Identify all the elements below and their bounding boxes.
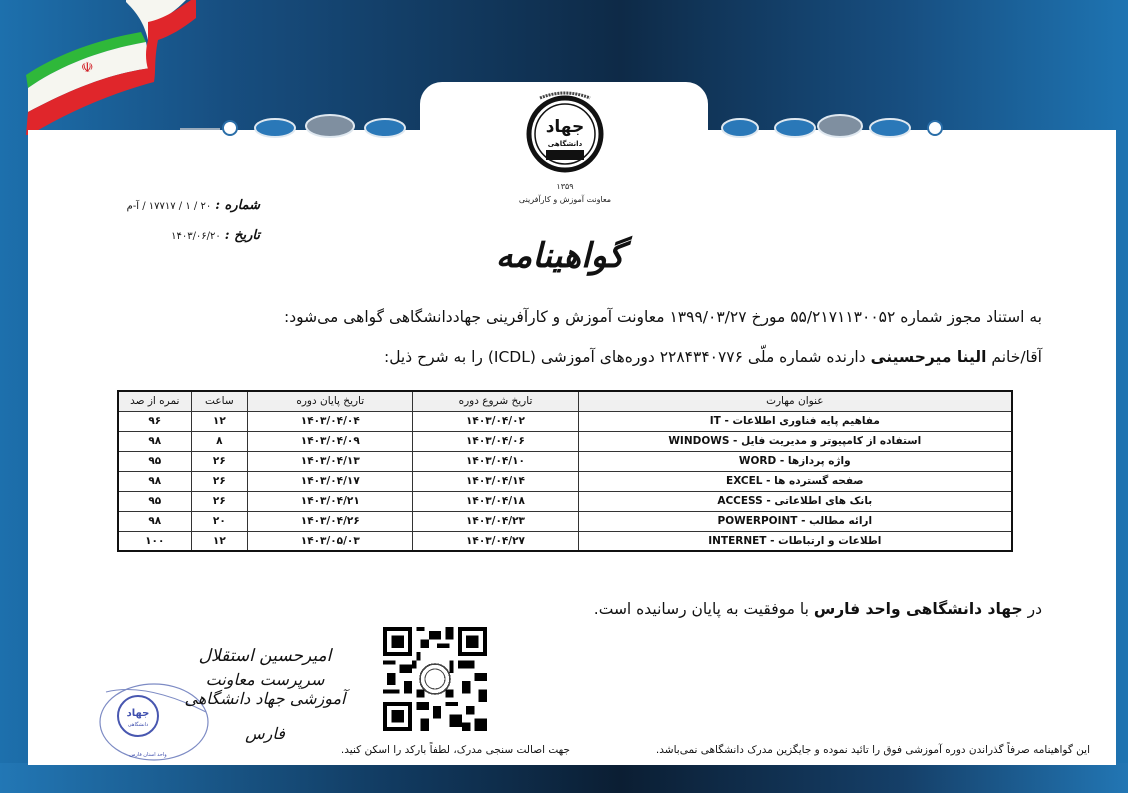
header-end: تاریخ پایان دوره: [248, 391, 413, 411]
signer-role: سرپرست معاونت آموزشی جهاد دانشگاهی: [180, 670, 350, 708]
cell-title: صفحه گسترده ها - EXCEL: [578, 471, 1012, 491]
ornament-left-icon: [180, 112, 420, 138]
cell-start: ۱۴۰۳/۰۴/۱۴: [413, 471, 578, 491]
recipient-prefix: آقا/خانم: [991, 348, 1042, 366]
recipient-name: الینا میرحسینی: [871, 348, 987, 366]
cell-end: ۱۴۰۳/۰۴/۱۳: [248, 451, 413, 471]
reference-block: شماره : ۲۰ / ۱ / ۱۷۷۱۷ / آ-م تاریخ : ۱۴۰…: [140, 198, 260, 258]
cell-end: ۱۴۰۳/۰۴/۲۶: [248, 511, 413, 531]
svg-text:واحد استان فارس: واحد استان فارس: [129, 752, 167, 758]
cell-start: ۱۴۰۳/۰۴/۲۷: [413, 531, 578, 551]
jahad-logo: جهاد دانشگاهی ۱۳۵۹ معاونت آموزش و کارآفر…: [510, 88, 620, 204]
cell-end: ۱۴۰۳/۰۴/۰۴: [248, 411, 413, 431]
ornament-right-icon: [710, 112, 950, 138]
cell-start: ۱۴۰۳/۰۴/۲۳: [413, 511, 578, 531]
table-header-row: عنوان مهارت تاریخ شروع دوره تاریخ پایان …: [118, 391, 1012, 411]
closing-prefix: در: [1028, 600, 1042, 618]
svg-text:جهاد: جهاد: [546, 117, 585, 137]
closing-suffix: با موفقیت به پایان رسانیده است.: [594, 600, 809, 618]
cell-score: ۹۸: [118, 431, 191, 451]
signature-block: امیرحسین استقلال سرپرست معاونت آموزشی جه…: [180, 646, 350, 743]
table-row: بانک های اطلاعاتی - ACCESS ۱۴۰۳/۰۴/۱۸ ۱۴…: [118, 491, 1012, 511]
closing-paragraph: در جهاد دانشگاهی واحد فارس با موفقیت به …: [594, 600, 1042, 618]
cell-score: ۹۵: [118, 491, 191, 511]
cell-hours: ۱۲: [191, 531, 248, 551]
cell-hours: ۱۲: [191, 411, 248, 431]
verification-qr-code[interactable]: [383, 627, 487, 731]
intro-paragraph: به استناد مجوز شماره ۵۵/۲۱۷۱۱۳۰۰۵۲ مورخ …: [284, 308, 1042, 326]
svg-text:دانشگاهی: دانشگاهی: [548, 139, 583, 148]
cell-end: ۱۴۰۳/۰۴/۱۷: [248, 471, 413, 491]
table-row: استفاده از کامپیوتر و مدیریت فایل - WIND…: [118, 431, 1012, 451]
svg-text:☫: ☫: [81, 60, 94, 76]
cell-score: ۱۰۰: [118, 531, 191, 551]
cell-score: ۹۵: [118, 451, 191, 471]
cell-title: استفاده از کامپیوتر و مدیریت فایل - WIND…: [578, 431, 1012, 451]
recipient-suffix: دارنده شماره ملّی ۲۲۸۴۳۴۰۷۷۶ دوره‌های آم…: [384, 348, 866, 366]
logo-caption: معاونت آموزش و کارآفرینی: [510, 195, 620, 204]
recipient-paragraph: آقا/خانم الینا میرحسینی دارنده شماره ملّ…: [384, 348, 1042, 366]
date-label: تاریخ :: [225, 228, 260, 243]
cell-start: ۱۴۰۳/۰۴/۰۶: [413, 431, 578, 451]
cell-title: مفاهیم پایه فناوری اطلاعات - IT: [578, 411, 1012, 431]
disclaimer-note: این گواهینامه صرفاً گذراندن دوره آموزشی …: [620, 744, 1090, 756]
qr-verification-note: جهت اصالت سنجی مدرک، لطفاً بارکد را اسکن…: [330, 744, 570, 756]
cell-start: ۱۴۰۳/۰۴/۰۲: [413, 411, 578, 431]
signer-unit: فارس: [180, 724, 350, 743]
cell-end: ۱۴۰۳/۰۴/۲۱: [248, 491, 413, 511]
header-hours: ساعت: [191, 391, 248, 411]
header-score: نمره از صد: [118, 391, 191, 411]
svg-text:جهاد: جهاد: [127, 708, 150, 719]
cell-hours: ۲۰: [191, 511, 248, 531]
certificate-title: گواهینامه: [420, 236, 700, 276]
table-row: اطلاعات و ارتباطات - INTERNET ۱۴۰۳/۰۴/۲۷…: [118, 531, 1012, 551]
table-row: صفحه گسترده ها - EXCEL ۱۴۰۳/۰۴/۱۴ ۱۴۰۳/۰…: [118, 471, 1012, 491]
date-value: ۱۴۰۳/۰۶/۲۰: [171, 231, 221, 242]
cell-title: اطلاعات و ارتباطات - INTERNET: [578, 531, 1012, 551]
cell-score: ۹۶: [118, 411, 191, 431]
cell-start: ۱۴۰۳/۰۴/۱۸: [413, 491, 578, 511]
cell-title: بانک های اطلاعاتی - ACCESS: [578, 491, 1012, 511]
cell-hours: ۲۶: [191, 451, 248, 471]
svg-text:دانشگاهی: دانشگاهی: [128, 721, 149, 728]
logo-year: ۱۳۵۹: [510, 182, 620, 191]
number-value: ۲۰ / ۱ / ۱۷۷۱۷ / آ-م: [127, 201, 212, 212]
cell-score: ۹۸: [118, 471, 191, 491]
cell-hours: ۸: [191, 431, 248, 451]
table-row: واژه پردازها - WORD ۱۴۰۳/۰۴/۱۰ ۱۴۰۳/۰۴/۱…: [118, 451, 1012, 471]
iran-flag-ribbon-icon: ☫: [26, 0, 196, 135]
cell-hours: ۲۶: [191, 491, 248, 511]
table-row: مفاهیم پایه فناوری اطلاعات - IT ۱۴۰۳/۰۴/…: [118, 411, 1012, 431]
cell-hours: ۲۶: [191, 471, 248, 491]
cell-title: واژه پردازها - WORD: [578, 451, 1012, 471]
closing-org: جهاد دانشگاهی واحد فارس: [814, 600, 1023, 618]
cell-start: ۱۴۰۳/۰۴/۱۰: [413, 451, 578, 471]
cell-title: ارائه مطالب - POWERPOINT: [578, 511, 1012, 531]
frame-bottom-band: [0, 763, 1128, 793]
cell-score: ۹۸: [118, 511, 191, 531]
skills-table: عنوان مهارت تاریخ شروع دوره تاریخ پایان …: [117, 390, 1013, 552]
cell-end: ۱۴۰۳/۰۴/۰۹: [248, 431, 413, 451]
header-start: تاریخ شروع دوره: [413, 391, 578, 411]
header-title: عنوان مهارت: [578, 391, 1012, 411]
jahad-emblem-icon: جهاد دانشگاهی: [522, 88, 608, 174]
signer-name: امیرحسین استقلال: [180, 646, 350, 666]
table-row: ارائه مطالب - POWERPOINT ۱۴۰۳/۰۴/۲۳ ۱۴۰۳…: [118, 511, 1012, 531]
cell-end: ۱۴۰۳/۰۵/۰۳: [248, 531, 413, 551]
number-label: شماره :: [215, 198, 260, 213]
